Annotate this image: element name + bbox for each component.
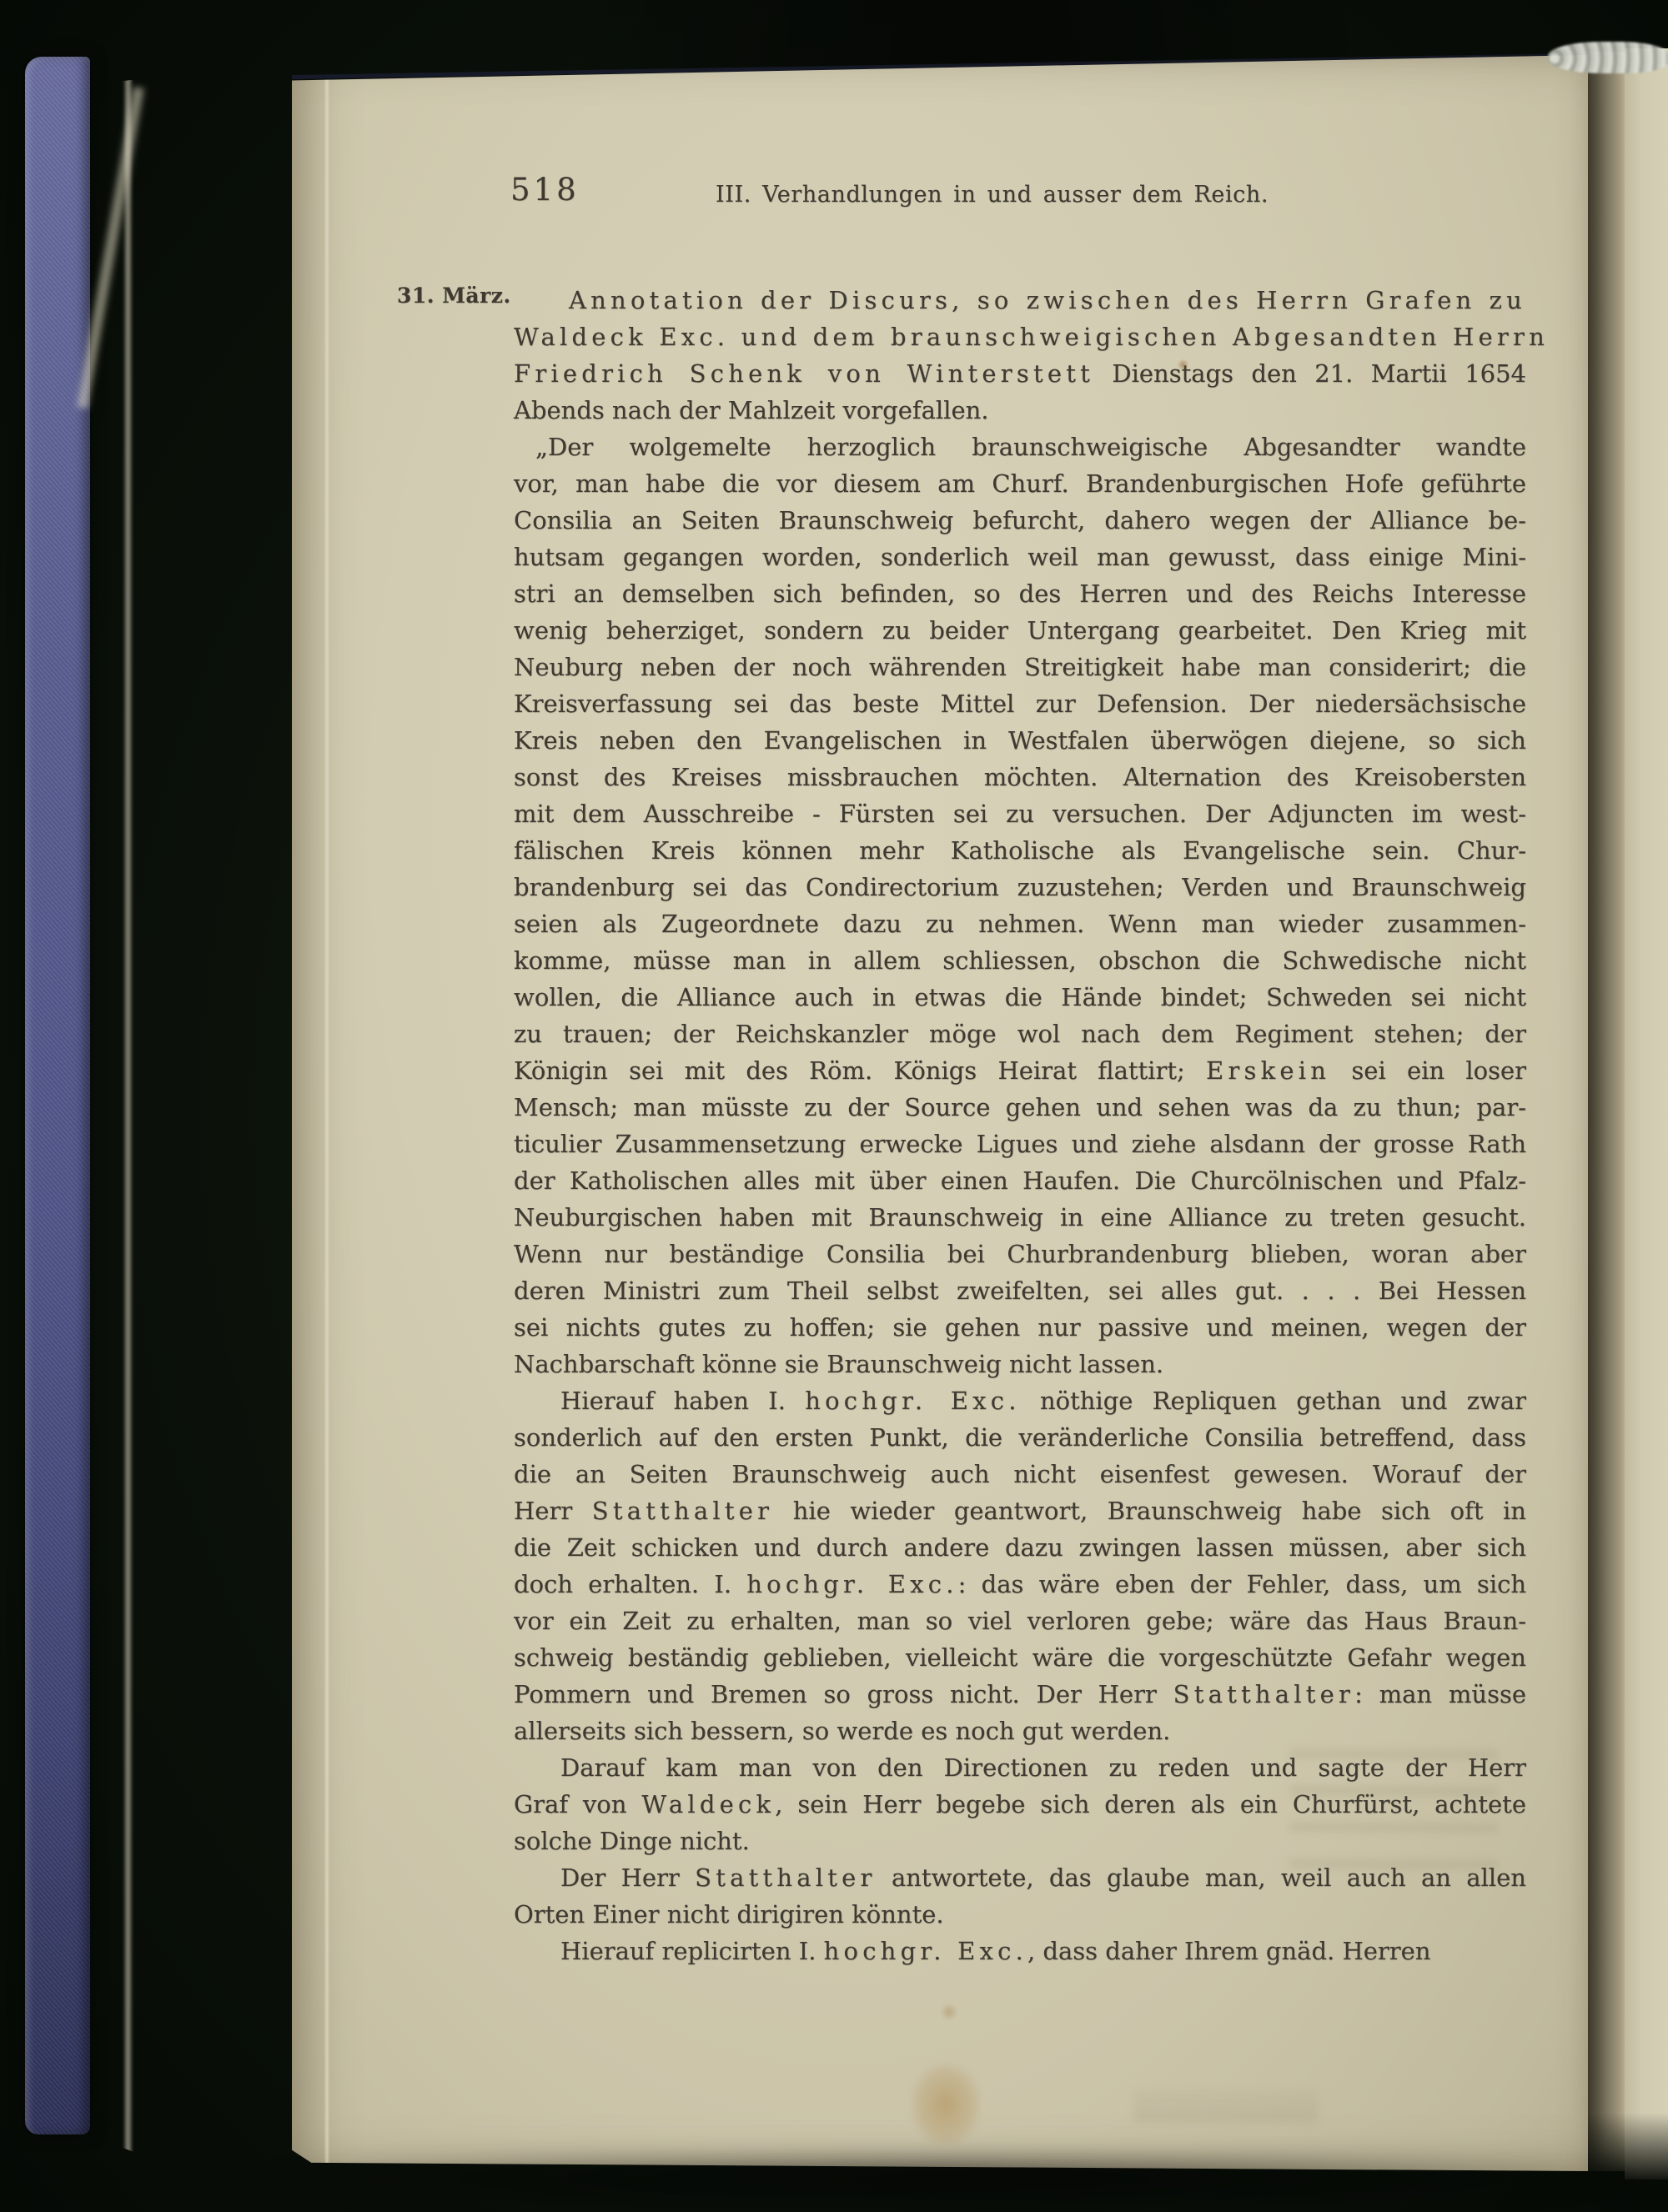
page-curl-highlight xyxy=(77,87,144,409)
text-line: die an Seiten Braunschweig auch nicht ei… xyxy=(514,1456,1526,1492)
text-line: Hierauf haben I. hochgr. Exc. nöthige Re… xyxy=(514,1382,1526,1419)
text-line: der Katholischen alles mit über einen Ha… xyxy=(514,1162,1526,1199)
page-number: 518 xyxy=(510,172,580,208)
text-line: sei nichts gutes zu hoffen; sie gehen nu… xyxy=(514,1309,1526,1346)
text-line: mit dem Ausschreibe - Fürsten sei zu ver… xyxy=(514,795,1526,832)
text-line: Herr Statthalter hie wieder geantwort, B… xyxy=(514,1492,1526,1529)
margin-date-note: 31. März. xyxy=(397,283,511,308)
book-bottom-shadow xyxy=(234,2155,1651,2212)
binding-headband xyxy=(1548,42,1668,73)
book-gutter-shadow xyxy=(1588,52,1625,2171)
ink-speck xyxy=(1178,359,1188,371)
text-line: doch erhalten. I. hochgr. Exc.: das wäre… xyxy=(514,1566,1526,1603)
fore-edge-highlight-streak xyxy=(125,62,131,2179)
text-line: sonst des Kreises missbrauchen möchten. … xyxy=(514,759,1526,795)
text-line: Neuburg neben der noch währenden Streiti… xyxy=(514,649,1526,685)
text-line: Wenn nur beständige Consilia bei Churbra… xyxy=(514,1236,1526,1272)
text-line: Königin sei mit des Röm. Königs Heirat f… xyxy=(514,1052,1526,1089)
text-line: wollen, die Alliance auch in etwas die H… xyxy=(514,979,1526,1016)
text-line: komme, müsse man in allem schliessen, ob… xyxy=(514,942,1526,979)
text-line: Nachbarschaft könne sie Braunschweig nic… xyxy=(514,1346,1526,1382)
text-line: fälischen Kreis können mehr Katholische … xyxy=(514,832,1526,869)
text-line: die Zeit schicken und durch andere dazu … xyxy=(514,1529,1526,1566)
text-line: Mensch; man müsste zu der Source gehen u… xyxy=(514,1089,1526,1126)
text-line: zu trauen; der Reichskanzler möge wol na… xyxy=(514,1016,1526,1052)
ink-stain-small xyxy=(941,2003,957,2021)
text-line: schweig beständig geblieben, vielleicht … xyxy=(514,1639,1526,1676)
text-line: brandenburg sei das Condirectorium zuzus… xyxy=(514,869,1526,905)
text-line: vor ein Zeit zu erhalten, man so viel ve… xyxy=(514,1603,1526,1639)
text-line: Neuburgischen haben mit Braunschweig in … xyxy=(514,1199,1526,1236)
text-line: wenig beherziget, sondern zu beider Unte… xyxy=(514,612,1526,649)
text-line: Consilia an Seiten Braunschweig befurcht… xyxy=(514,502,1526,539)
text-line: Pommern und Bremen so gross nicht. Der H… xyxy=(514,1676,1526,1713)
bleedthrough-ghost-text-2 xyxy=(1134,2089,1318,2123)
text-line: seien als Zugeordnete dazu zu nehmen. We… xyxy=(514,905,1526,942)
body-text: Annotation der Discurs, so zwischen des … xyxy=(514,282,1526,1969)
text-line: Waldeck Exc. und dem braunschweigischen … xyxy=(514,319,1526,355)
text-line: ticulier Zusammensetzung erwecke Ligues … xyxy=(514,1126,1526,1162)
ink-stain-large xyxy=(911,2063,981,2146)
text-line: hutsam gegangen worden, sonderlich weil … xyxy=(514,539,1526,575)
text-line: „Der wolgemelte herzoglich braunschweigi… xyxy=(514,429,1526,465)
text-line: Abends nach der Mahlzeit vorgefallen. xyxy=(514,392,1526,429)
text-line: Orten Einer nicht dirigiren könnte. xyxy=(514,1896,1526,1933)
text-line: Annotation der Discurs, so zwischen des … xyxy=(514,282,1526,319)
book-scan-photo: 518 III. Verhandlungen in und ausser dem… xyxy=(0,0,1668,2212)
text-line: stri an demselben sich befinden, so des … xyxy=(514,575,1526,612)
text-line: Kreis neben den Evangelischen in Westfal… xyxy=(514,722,1526,759)
text-line: sonderlich auf den ersten Punkt, die ver… xyxy=(514,1419,1526,1456)
facing-page-edge xyxy=(1625,48,1668,2179)
page-stack-fore-edge xyxy=(70,62,310,2179)
text-line: Kreisverfassung sei das beste Mittel zur… xyxy=(514,685,1526,722)
text-line: Friedrich Schenk von Winterstett Diensta… xyxy=(514,355,1526,392)
running-header: III. Verhandlungen in und ausser dem Rei… xyxy=(716,182,1269,208)
text-line: vor, man habe die vor diesem am Churf. B… xyxy=(514,465,1526,502)
bleedthrough-ghost-text xyxy=(1289,1727,1498,1870)
open-book-page: 518 III. Verhandlungen in und ausser dem… xyxy=(292,55,1590,2171)
text-line: Hierauf replicirten I. hochgr. Exc., das… xyxy=(514,1933,1526,1969)
text-line: deren Ministri zum Theil selbst zweifelt… xyxy=(514,1272,1526,1309)
